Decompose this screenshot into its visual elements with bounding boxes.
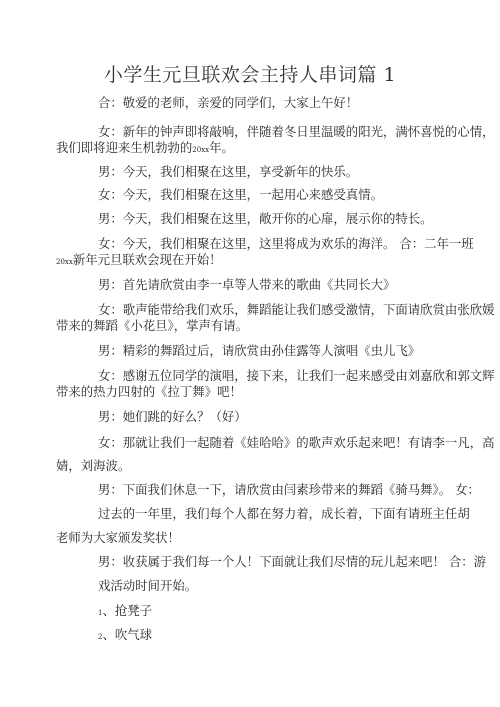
paragraph-line: 戏活动时间开始。 bbox=[98, 579, 197, 593]
paragraph-line: 男：精彩的舞蹈过后，请欣赏由孙佳露等人演唱《虫儿飞》 bbox=[98, 344, 420, 358]
paragraph-line: 我们即将迎来生机勃勃的20xx年。 bbox=[56, 141, 234, 157]
paragraph-line: 合：敬爱的老师，亲爱的同学们，大家上午好！ bbox=[98, 96, 358, 110]
paragraph-line: 男：首先请欣赏由李一卓等人带来的歌曲《共同长大》 bbox=[98, 278, 395, 292]
paragraph-line: 女：新年的钟声即将敲响，伴随着冬日里温暖的阳光，满怀喜悦的心情， bbox=[98, 125, 495, 139]
list-item: 1、抢凳子 bbox=[98, 604, 152, 620]
paragraph-line: 过去的一年里，我们每个人都在努力着，成长着，下面有请班主任胡 bbox=[98, 507, 470, 521]
paragraph-line: 20xx新年元旦联欢会现在开始！ bbox=[56, 253, 222, 269]
paragraph-line: 男：收获属于我们每一个人！下面就让我们尽情的玩儿起来吧！ 合：游 bbox=[98, 555, 486, 569]
year-placeholder: 20xx bbox=[56, 258, 73, 266]
paragraph-line: 婧，刘海波。 bbox=[56, 459, 130, 473]
list-text: 、吹气球 bbox=[102, 627, 152, 642]
paragraph-line: 女：歌声能带给我们欢乐，舞蹈能让我们感受激情，下面请欣赏由张欣媛 bbox=[98, 303, 495, 317]
text-run: 新年元旦联欢会现在开始！ bbox=[73, 252, 222, 267]
paragraph-line: 男：今天，我们相聚在这里，敞开你的心扉，展示你的特长。 bbox=[98, 212, 433, 226]
list-item: 2、吹气球 bbox=[98, 628, 152, 644]
document-title: 小学生元旦联欢会主持人串词篇 1 bbox=[0, 60, 500, 87]
paragraph-line: 男：她们跳的好么？（好） bbox=[98, 410, 247, 424]
paragraph-line: 男：下面我们休息一下，请欣赏由闫素珍带来的舞蹈《骑马舞》。 女： bbox=[98, 483, 480, 497]
paragraph-line: 带来的舞蹈《小花旦》，掌声有请。 bbox=[56, 319, 248, 333]
text-run: 年。 bbox=[209, 140, 234, 155]
list-text: 、抢凳子 bbox=[102, 603, 152, 618]
paragraph-line: 男：今天，我们相聚在这里，享受新年的快乐。 bbox=[98, 165, 358, 179]
year-placeholder: 20xx bbox=[192, 146, 209, 154]
paragraph-line: 女：今天，我们相聚在这里，这里将成为欢乐的海洋。 合：二年一班 bbox=[98, 237, 474, 251]
paragraph-line: 带来的热力四射的《拉丁舞》吧！ bbox=[56, 385, 242, 399]
paragraph-line: 女：今天，我们相聚在这里，一起用心来感受真情。 bbox=[98, 188, 383, 202]
text-run: 我们即将迎来生机勃勃的 bbox=[56, 140, 192, 155]
paragraph-line: 老师为大家颁发奖状！ bbox=[56, 531, 180, 545]
paragraph-line: 女：那就让我们一起随着《娃哈哈》的歌声欢乐起来吧！有请李一凡，高 bbox=[98, 436, 495, 450]
paragraph-line: 女：感谢五位同学的演唱，接下来，让我们一起来感受由刘嘉欣和郭文辉 bbox=[98, 369, 495, 383]
